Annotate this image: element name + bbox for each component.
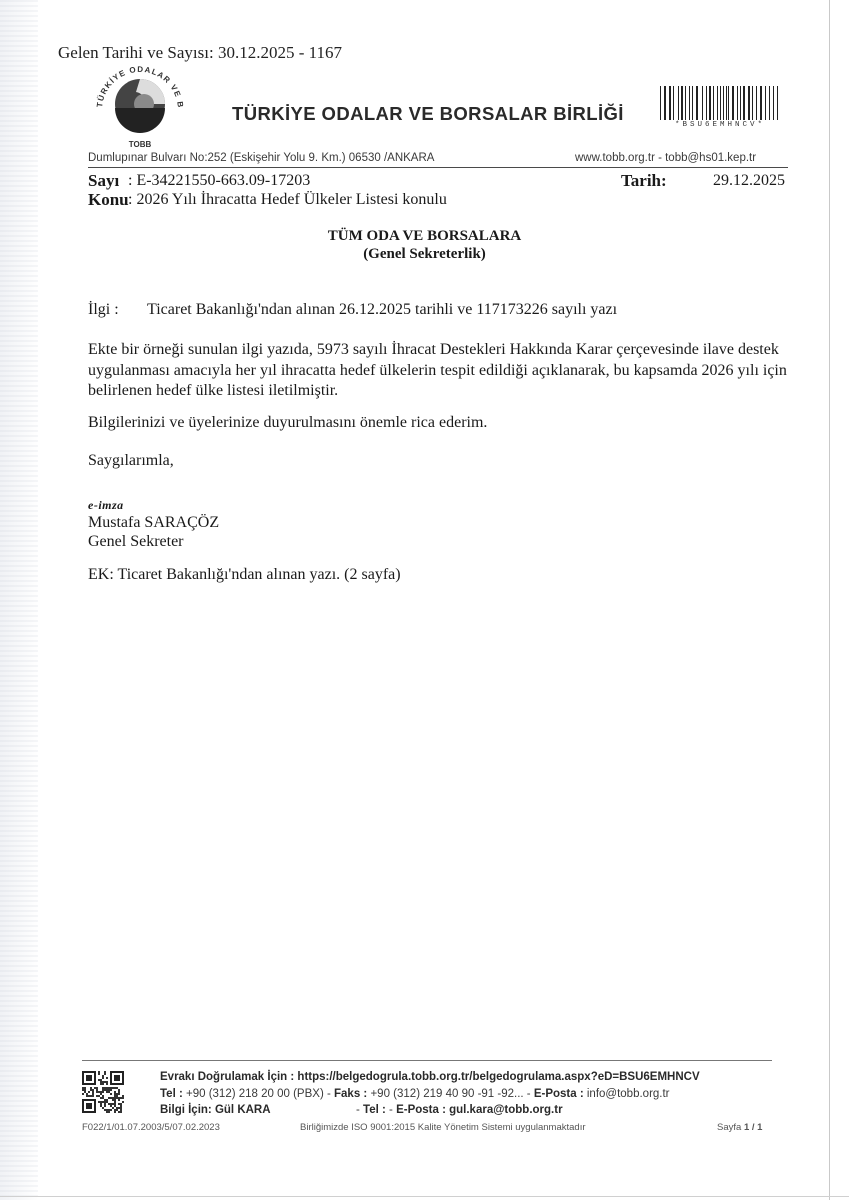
e-signature-mark: e-imza xyxy=(88,498,124,513)
tel-label: Tel : xyxy=(160,1088,183,1100)
organization-name: TÜRKİYE ODALAR VE BORSALAR BİRLİĞİ xyxy=(232,103,624,125)
svg-text:TOBB: TOBB xyxy=(129,140,152,149)
header-rule xyxy=(88,167,788,168)
bilgi-eposta-label: E-Posta : xyxy=(396,1104,446,1116)
eposta-label: E-Posta : xyxy=(534,1088,584,1100)
footer-rule xyxy=(82,1060,772,1061)
page-border-right xyxy=(829,0,830,1200)
barcode-text: *BSU6EMHNCV* xyxy=(660,121,780,129)
tarih-value: 29.12.2025 xyxy=(713,172,785,190)
page-label: Sayfa xyxy=(717,1122,741,1133)
page-value: 1 / 1 xyxy=(744,1122,763,1133)
bilgi-value: Gül KARA xyxy=(215,1104,271,1116)
konu-value: : 2026 Yılı İhracatta Hedef Ülkeler List… xyxy=(128,191,447,209)
faks-label: Faks : xyxy=(334,1088,367,1100)
faks-value: +90 (312) 219 40 90 -91 -92... xyxy=(370,1088,523,1100)
web-email: www.tobb.org.tr - tobb@hs01.kep.tr xyxy=(575,152,756,164)
bilgi-contact: - Tel : - E-Posta : gul.kara@tobb.org.tr xyxy=(356,1104,563,1116)
bilgi-label: Bilgi İçin: xyxy=(160,1104,212,1116)
paragraph-2: Bilgilerinizi ve üyelerinize duyurulması… xyxy=(88,413,487,434)
paragraph-1-line: uygulanması amacıyla her yıl ihracatta h… xyxy=(88,361,787,382)
recipient-line1: TÜM ODA VE BORSALARA xyxy=(0,228,849,245)
scan-edge-noise xyxy=(0,0,38,1200)
bilgi-tel-label: Tel : xyxy=(363,1104,386,1116)
paragraph-1-line: Ekte bir örneği sunulan ilgi yazıda, 597… xyxy=(88,340,787,361)
sayi-label: Sayı xyxy=(88,171,119,191)
recipient-line2: (Genel Sekreterlik) xyxy=(0,246,849,263)
bilgi-eposta-value[interactable]: gul.kara@tobb.org.tr xyxy=(449,1104,562,1116)
tarih-label: Tarih: xyxy=(621,171,667,191)
page-number: Sayfa 1 / 1 xyxy=(717,1122,762,1133)
attachment-note: EK: Ticaret Bakanlığı'ndan alınan yazı. … xyxy=(88,565,401,586)
signer-name: Mustafa SARAÇÖZ xyxy=(88,513,219,534)
form-code: F022/1/01.07.2003/5/07.02.2023 xyxy=(82,1122,220,1133)
tel-value: +90 (312) 218 20 00 (PBX) xyxy=(186,1088,324,1100)
address: Dumlupınar Bulvarı No:252 (Eskişehir Yol… xyxy=(88,152,434,164)
iso-note: Birliğimizde ISO 9001:2015 Kalite Yöneti… xyxy=(300,1122,586,1133)
sayi-value: : E-34221550-663.09-17203 xyxy=(128,172,310,190)
ilgi-text: Ticaret Bakanlığı'ndan alınan 26.12.2025… xyxy=(147,301,617,319)
paragraph-1-line: belirlenen hedef ülke listesi iletilmişt… xyxy=(88,381,787,402)
ilgi-label: İlgi : xyxy=(88,301,119,319)
document-barcode xyxy=(660,86,780,120)
paragraph-1: Ekte bir örneği sunulan ilgi yazıda, 597… xyxy=(88,340,787,402)
signer-title: Genel Sekreter xyxy=(88,532,184,553)
closing: Saygılarımla, xyxy=(88,451,174,472)
qr-code-icon xyxy=(82,1071,124,1113)
konu-label: Konu xyxy=(88,190,129,210)
contact-line: Tel : +90 (312) 218 20 00 (PBX) - Faks :… xyxy=(160,1088,670,1100)
received-value: 30.12.2025 - 1167 xyxy=(218,43,342,62)
bilgi-line: Bilgi İçin: Gül KARA xyxy=(160,1104,271,1116)
eposta-value[interactable]: info@tobb.org.tr xyxy=(587,1088,670,1100)
verify-link[interactable]: https://belgedogrula.tobb.org.tr/belgedo… xyxy=(297,1071,699,1083)
page-border-bottom xyxy=(0,1196,849,1197)
verify-label: Evrakı Doğrulamak İçin : xyxy=(160,1071,294,1083)
tobb-logo-icon: TÜRKİYE ODALAR VE BORSALAR BİRLİĞİ TOBB xyxy=(86,52,194,152)
verify-line: Evrakı Doğrulamak İçin : https://belgedo… xyxy=(160,1071,700,1083)
